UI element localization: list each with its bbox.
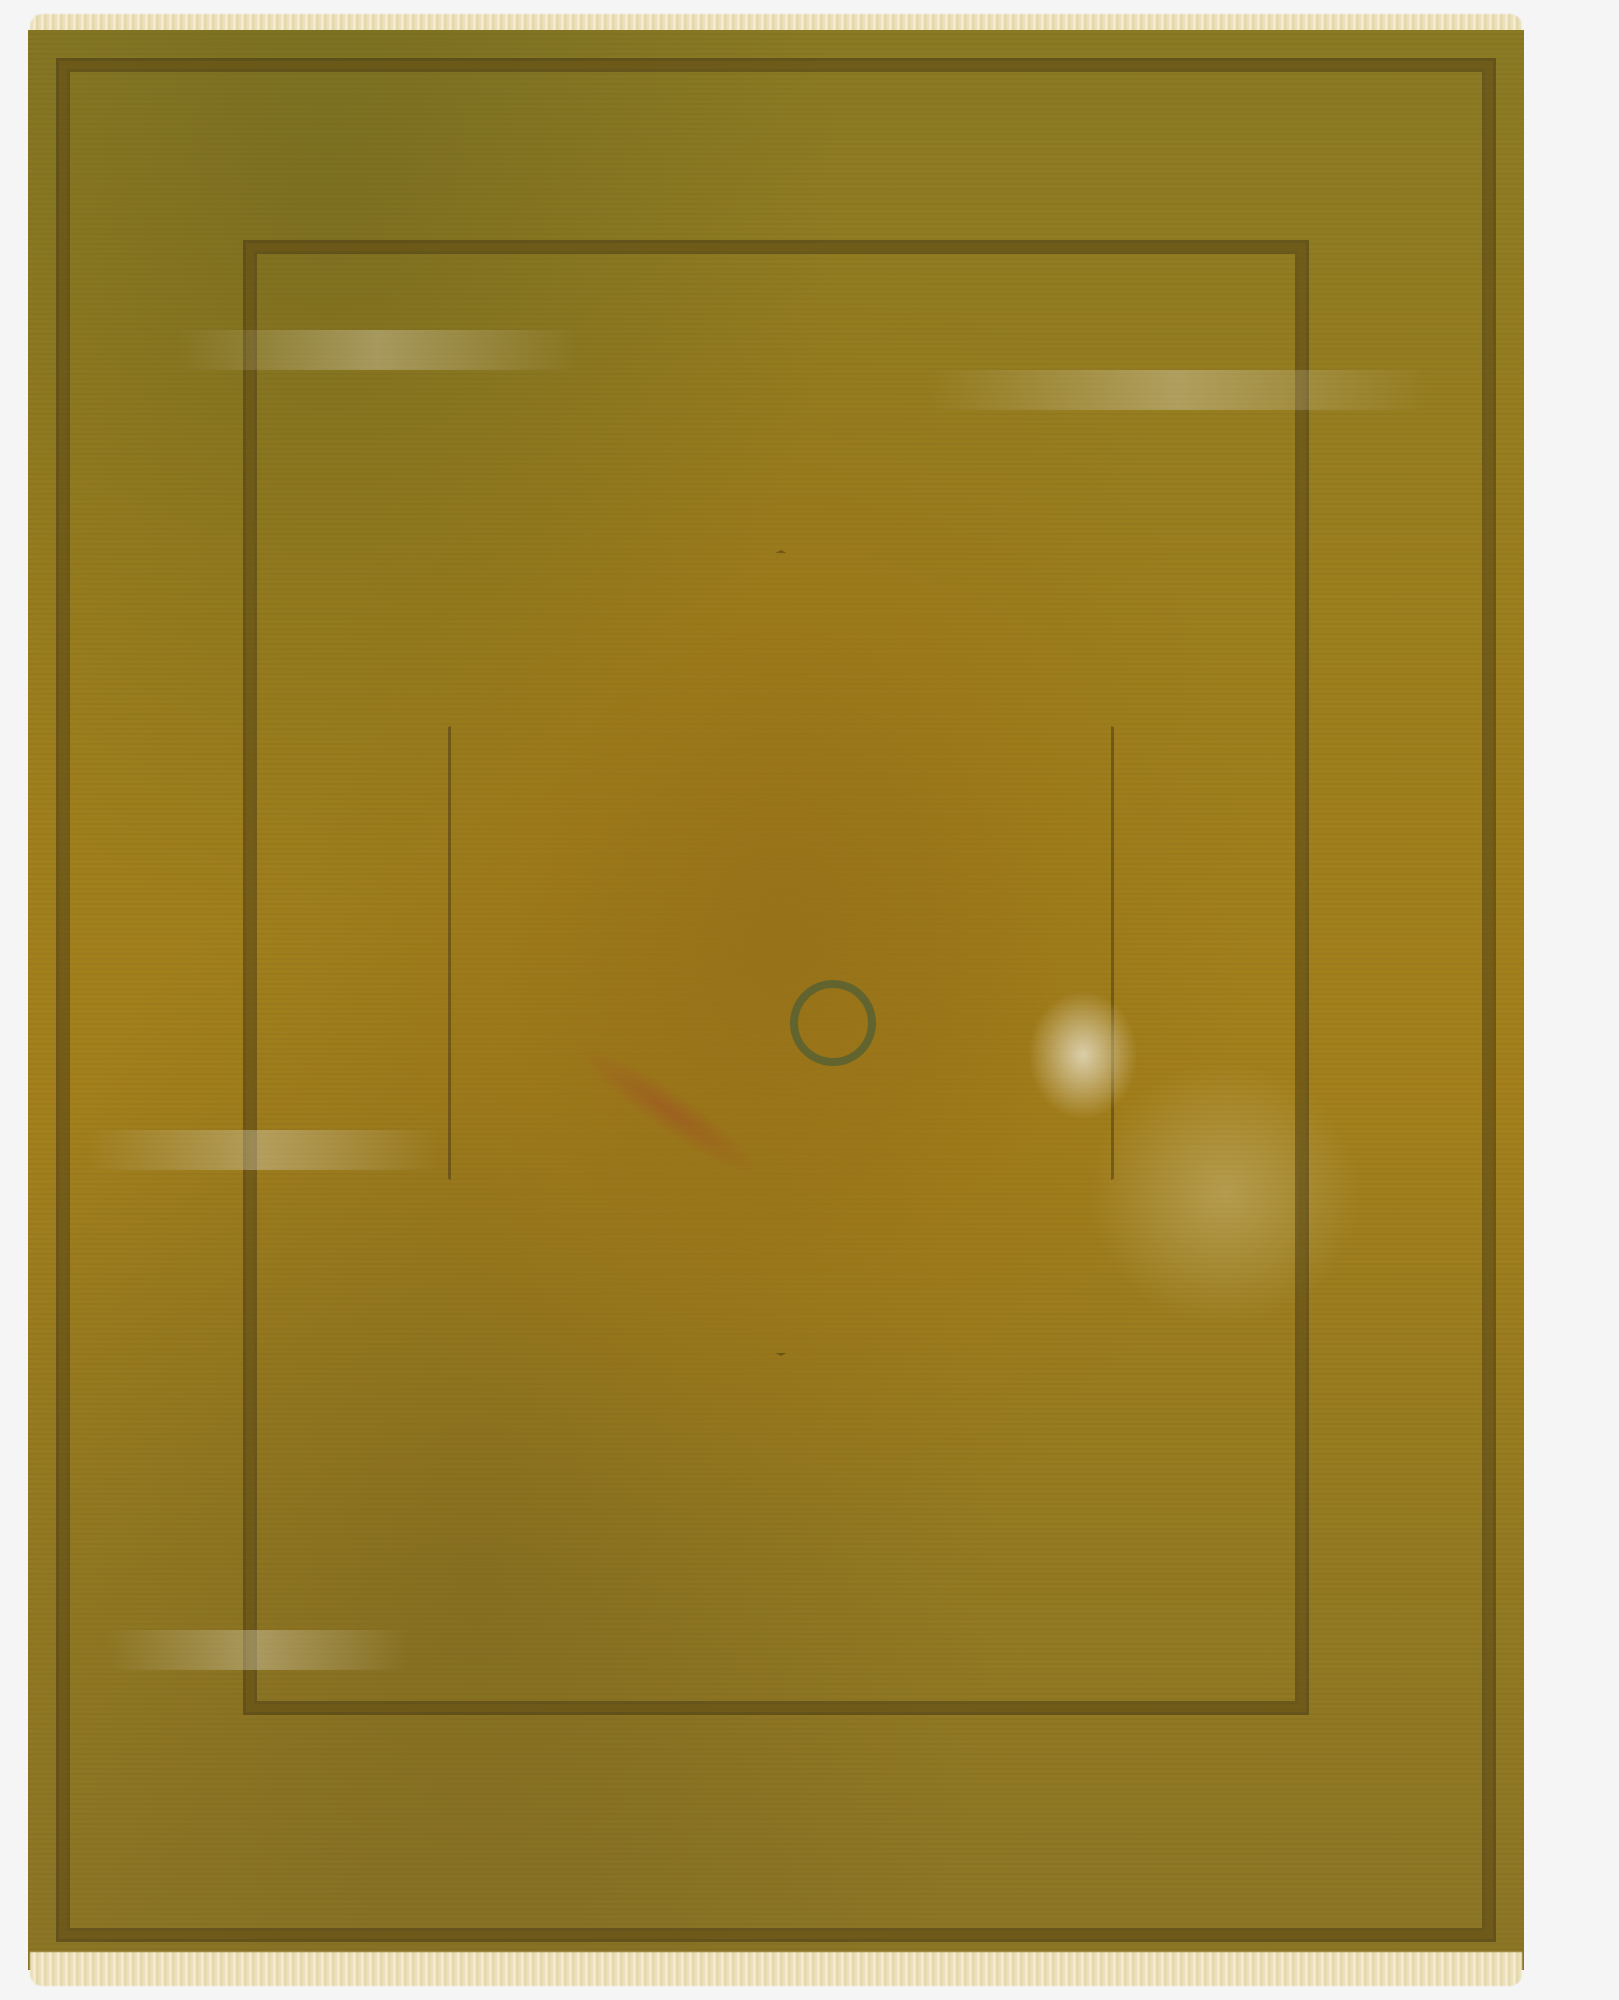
center-rosette xyxy=(790,980,876,1066)
bottom-fringe xyxy=(30,1952,1522,1986)
wear-streak xyxy=(88,1130,438,1170)
rug xyxy=(28,30,1524,1970)
wear-streak xyxy=(178,330,578,370)
wear-streak xyxy=(108,1630,408,1670)
wear-streak xyxy=(928,370,1428,410)
worn-patch xyxy=(1028,990,1138,1120)
